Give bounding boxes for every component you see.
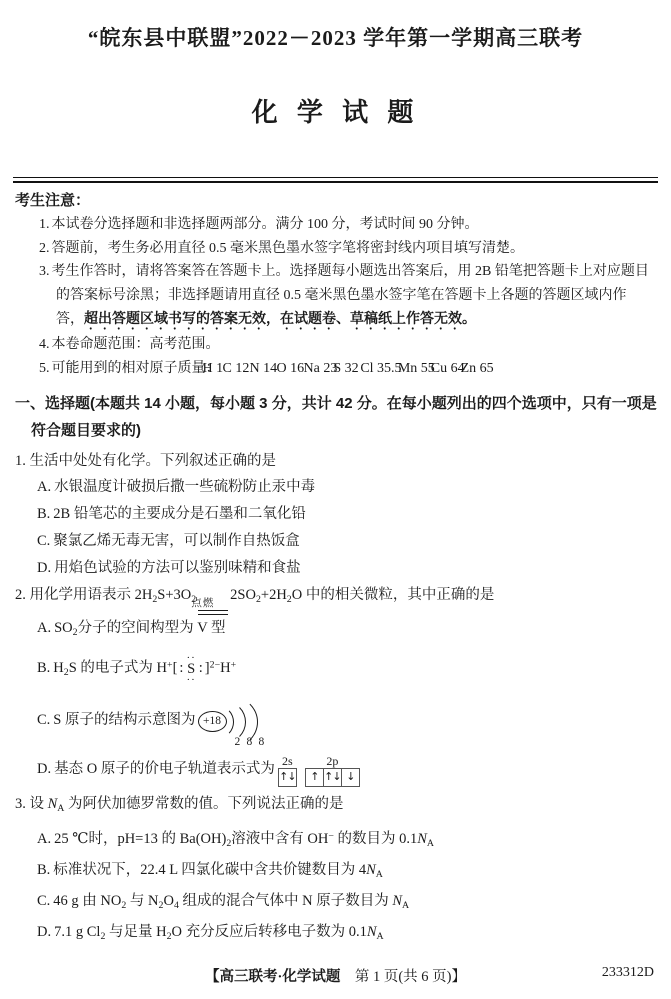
electron-dot-stack: ··S·· xyxy=(186,655,195,684)
option-text: 聚氯乙烯无毒无害，可以制作自热饭盒 xyxy=(53,533,300,549)
option-row: A.SO2分子的空间构型为 V 型 xyxy=(37,615,663,646)
option-row: C.S 原子的结构示意图为+18288 xyxy=(37,693,663,747)
exam-page: “皖东县中联盟”2022－2023 学年第一学期高三联考 化 学 试 题 考生注… xyxy=(0,0,671,999)
option-label: C. xyxy=(37,893,50,909)
question-stem-text: 生活中处处有化学。下列叙述正确的是 xyxy=(30,453,277,469)
lone-pair-right: : xyxy=(199,660,203,676)
section-heading: 一、选择题(本题共 14 小题，每小题 3 分，共计 42 分。在每小题列出的四… xyxy=(15,390,661,444)
orbital-label: 2p xyxy=(326,754,338,768)
footer-caption: 【高三联考·化学试题 第 1 页(共 6 页)】 xyxy=(0,965,671,986)
orbital-box: ↑ xyxy=(305,768,324,787)
question-3: 3. 设 NA 为阿伏加德罗常数的值。下列说法正确的是 A.25 ℃时，pH=1… xyxy=(15,791,663,949)
notice-item-text: 本卷命题范围：高考范围。 xyxy=(52,337,220,352)
option-text: 用焰色试验的方法可以鉴别味精和食盐 xyxy=(54,560,301,576)
orbital-box: ↑↓ xyxy=(323,768,342,787)
option-label: A. xyxy=(37,620,51,636)
option-row: A.25 ℃时，pH=13 的 Ba(OH)2溶液中含有 OH− 的数目为 0.… xyxy=(37,822,663,856)
shell-electron-count: 2 xyxy=(235,715,241,769)
notice-item-text: 可能用到的相对原子质量： xyxy=(52,361,220,376)
orbital-group-2p: 2p↑↑↓↓ xyxy=(305,754,360,787)
option-row: C.46 g 由 NO2 与 N2O4 组成的混合气体中 N 原子数目为 NA xyxy=(37,888,663,919)
orbital-box: ↓ xyxy=(341,768,360,787)
notice-item: 3.考生作答时，请将答案答在答题卡上。选择题每小题选出答案后，用 2B 铅笔把答… xyxy=(39,260,653,333)
footer-paper-code: 233312D xyxy=(602,965,654,981)
option-row: B.2B 铅笔芯的主要成分是石墨和二氧化铅 xyxy=(37,501,663,528)
option-label: B. xyxy=(37,660,50,676)
notice-item: 2.答题前，考生务必用直径 0.5 毫米黑色墨水签字笔将密封线内项目填写清楚。 xyxy=(39,237,653,261)
option-text: 7.1 g Cl2 与足量 H2O 充分反应后转移电子数为 0.1NA xyxy=(54,924,384,940)
subject-title: 化 学 试 题 xyxy=(0,92,671,129)
option-text: 水银温度计破损后撒一些硫粉防止汞中毒 xyxy=(54,479,315,495)
equation-left: 用化学用语表示 2H2S+3O2 xyxy=(30,587,197,603)
orbital-group-2s: 2s↑↓ xyxy=(278,754,297,787)
orbital-box: ↑↓ xyxy=(278,768,297,787)
notice-item: 4.本卷命题范围：高考范围。 xyxy=(39,333,653,357)
notice-emphasis-text: 超出答题区域书写的答案无效，在试题卷、草稿纸上作答无效。 xyxy=(84,310,476,326)
option-text: 2B 铅笔芯的主要成分是石墨和二氧化铅 xyxy=(53,506,306,522)
question-number: 2. xyxy=(15,587,26,603)
question-1: 1. 生活中处处有化学。下列叙述正确的是 A.水银温度计破损后撒一些硫粉防止汞中… xyxy=(15,448,663,582)
question-stem-text: 设 NA 为阿伏加德罗常数的值。下列说法正确的是 xyxy=(30,796,344,812)
question-stem: 3. 设 NA 为阿伏加德罗常数的值。下列说法正确的是 xyxy=(15,791,663,822)
option-label: A. xyxy=(37,479,51,495)
shell-electron-count: 8 xyxy=(247,715,253,769)
option-text: 46 g 由 NO2 与 N2O4 组成的混合气体中 N 原子数目为 NA xyxy=(53,893,409,909)
notice-item-number: 2. xyxy=(39,241,50,256)
footer-exam-name: 【高三联考·化学试题 xyxy=(205,969,340,985)
notice-section: 考生注意： 1.本试卷分选择题和非选择题两部分。满分 100 分，考试时间 90… xyxy=(15,189,653,380)
notice-item-atomic-masses: 5.可能用到的相对原子质量：H 1C 12N 14O 16Na 23S 32Cl… xyxy=(39,357,653,381)
orbital-diagram: 2s↑↓2p↑↑↓↓ xyxy=(278,754,360,787)
header-divider xyxy=(13,177,658,183)
option-row: C.聚氯乙烯无毒无害，可以制作自热饭盒 xyxy=(37,528,663,555)
notice-item-number: 3. xyxy=(39,264,50,279)
electron-formula-pre: H2S 的电子式为 H+[ xyxy=(53,660,177,676)
option-text: 标准状况下，22.4 L 四氯化碳中含共价键数目为 4NA xyxy=(53,862,383,878)
reaction-condition: 点燃 xyxy=(198,598,228,615)
notice-item-text: 本试卷分选择题和非选择题两部分。满分 100 分，考试时间 90 分钟。 xyxy=(52,217,479,232)
option-label: D. xyxy=(37,761,51,777)
notice-item: 1.本试卷分选择题和非选择题两部分。满分 100 分，考试时间 90 分钟。 xyxy=(39,213,653,237)
question-number: 3. xyxy=(15,796,26,812)
question-number: 1. xyxy=(15,453,26,469)
notice-item-number: 4. xyxy=(39,337,50,352)
lone-pair-bottom: ·· xyxy=(186,677,195,684)
option-text: 25 ℃时，pH=13 的 Ba(OH)2溶液中含有 OH− 的数目为 0.1N… xyxy=(54,831,434,847)
question-2: 2. 用化学用语表示 2H2S+3O2点燃2SO2+2H2O 中的相关微粒，其中… xyxy=(15,582,663,791)
question-stem: 1. 生活中处处有化学。下列叙述正确的是 xyxy=(15,448,663,474)
question-stem: 2. 用化学用语表示 2H2S+3O2点燃2SO2+2H2O 中的相关微粒，其中… xyxy=(15,582,663,615)
condition-label: 点燃 xyxy=(207,598,219,609)
notice-list: 1.本试卷分选择题和非选择题两部分。满分 100 分，考试时间 90 分钟。 2… xyxy=(39,213,653,380)
footer-page-number: 第 1 页(共 6 页)】 xyxy=(340,969,466,985)
option-text: 基态 O 原子的价电子轨道表示式为 xyxy=(54,761,275,777)
option-row: B.标准状况下，22.4 L 四氯化碳中含共价键数目为 4NA xyxy=(37,857,663,888)
atom-structure-diagram: +18288 xyxy=(198,695,276,747)
option-label: D. xyxy=(37,924,51,940)
option-row: D.7.1 g Cl2 与足量 H2O 充分反应后转移电子数为 0.1NA xyxy=(37,919,663,950)
orbital-label: 2s xyxy=(282,754,293,768)
atomic-mass: Zn 65 xyxy=(478,357,494,381)
exam-title: “皖东县中联盟”2022－2023 学年第一学期高三联考 xyxy=(0,0,671,52)
notice-item-text: 答题前，考生务必用直径 0.5 毫米黑色墨水签字笔将密封线内项目填写清楚。 xyxy=(52,241,525,256)
option-label: B. xyxy=(37,506,50,522)
notice-item-number: 1. xyxy=(39,217,50,232)
page-footer: 【高三联考·化学试题 第 1 页(共 6 页)】 233312D xyxy=(0,965,671,985)
notice-item-number: 5. xyxy=(39,361,50,376)
lone-pair-left: : xyxy=(179,660,183,676)
shell-electron-count: 8 xyxy=(259,715,265,769)
option-row: D.用焰色试验的方法可以鉴别味精和食盐 xyxy=(37,555,663,582)
electron-formula-post: ]2−H+ xyxy=(205,660,236,676)
option-label: C. xyxy=(37,533,50,549)
notice-heading: 考生注意： xyxy=(15,189,653,213)
equation-right: 2SO2+2H2O 中的相关微粒，其中正确的是 xyxy=(230,587,494,603)
option-label: C. xyxy=(37,712,50,728)
option-label: B. xyxy=(37,862,50,878)
option-text: S 原子的结构示意图为 xyxy=(53,712,195,728)
option-row: D.基态 O 原子的价电子轨道表示式为2s↑↓2p↑↑↓↓ xyxy=(37,747,663,791)
option-text: SO2分子的空间构型为 V 型 xyxy=(54,620,225,636)
option-label: A. xyxy=(37,831,51,847)
option-label: D. xyxy=(37,560,51,576)
option-row: A.水银温度计破损后撒一些硫粉防止汞中毒 xyxy=(37,474,663,501)
option-row: B.H2S 的电子式为 H+[:··S··:]2−H+ xyxy=(37,646,663,693)
